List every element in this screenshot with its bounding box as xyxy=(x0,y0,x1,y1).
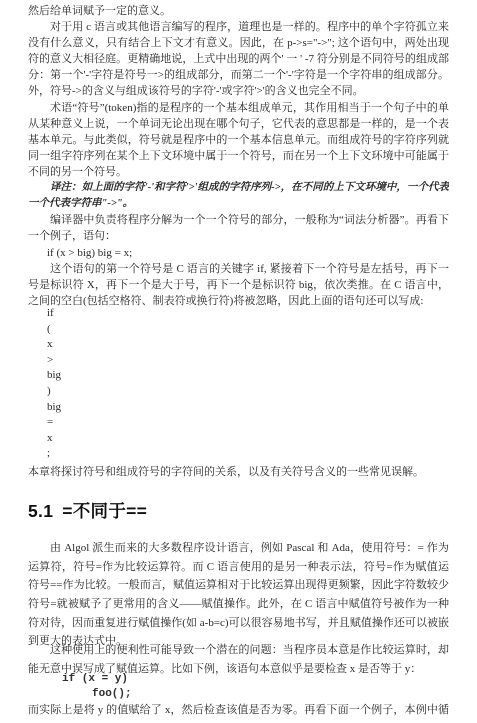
token-line: x xyxy=(28,337,449,353)
paragraph-block-tokens-explained: 这个语句的第一个符号是 C 语言的关键字 if, 紧接着下一个符号是左括号，再下… xyxy=(28,261,449,309)
code-line: foo(); xyxy=(28,687,449,702)
token-line: if xyxy=(28,306,449,322)
text-line: 分：第一个'-'字符是符号一>的组成部分，而第二一个'-'字符是一个字符串的组成… xyxy=(28,67,449,83)
section-number: 5.1 xyxy=(28,501,53,521)
section-title: =不同于== xyxy=(62,501,147,521)
text-line: 符的意义大相径庭。更精确地说，上式中出现的两个' 一 ' -7 符分别是不同符号… xyxy=(28,51,449,67)
paragraph-chapter-summary: 本章将探讨符号和组成符号的字符间的关系，以及有关符号含义的一些常见误解。 xyxy=(28,464,449,480)
document-page: 然后给单词赋予一定的意义。 对于用 c 语言或其他语言编写的程序，道理也是一样的… xyxy=(0,0,477,723)
paragraph-closing: 而实际上是将 y 的值赋给了 x，然后检查该值是否为零。再看下面一个例子，本例中… xyxy=(28,702,449,718)
translator-note-line: 译注：如上面的字符'-'和字符'>'组成的字符序列->，在不同的上下文环境中，一… xyxy=(28,180,449,196)
token-line: ) xyxy=(28,384,449,400)
code-line: if (x > big) big = x; xyxy=(28,245,449,261)
text-line: 一个例子，语句： xyxy=(28,228,449,244)
text-line: 运算符，符号=作为比较运算符。而 C 语言使用的是另一种表示法，符号=作为赋值运… xyxy=(28,558,449,577)
text-line: 这个语句的第一个符号是 C 语言的关键字 if, 紧接着下一个符号是左括号，再下… xyxy=(28,261,449,277)
text-line: 然后给单词赋予一定的意义。 xyxy=(28,3,449,19)
text-line: 这种使用上的便利性可能导致一个潜在的问题：当程序员本意是作比较运算时，却可 xyxy=(28,641,449,660)
code-example-if-assignment: if (x = y) foo(); xyxy=(28,672,449,701)
token-line: ; xyxy=(28,446,449,462)
text-line: 而实际上是将 y 的值赋给了 x，然后检查该值是否为零。再看下面一个例子，本例中… xyxy=(28,702,449,718)
token-line: ( xyxy=(28,322,449,338)
token-line: > xyxy=(28,353,449,369)
text-line: 由 Algol 派生而来的大多数程序设计语言，例如 Pascal 和 Ada，使… xyxy=(28,539,449,558)
text-line: 本章将探讨符号和组成符号的字符间的关系，以及有关符号含义的一些常见误解。 xyxy=(28,464,449,480)
text-line: 同一组字符序列在某个上下文环境中属于一个符号，而在另一个上下文环境中可能属于完全 xyxy=(28,148,449,164)
text-line: 对于用 c 语言或其他语言编写的程序，道理也是一样的。程序中的单个字符孤立来看并 xyxy=(28,19,449,35)
code-line: if (x = y) xyxy=(28,672,449,687)
token-line: big xyxy=(28,368,449,384)
text-line: 符对待，因而重复进行赋值操作(如 a-b=c)可以很容易地书写，并且赋值操作还可… xyxy=(28,614,449,633)
text-line: 不同的另一个符号。 xyxy=(28,164,449,180)
paragraph-block-intro: 然后给单词赋予一定的意义。 对于用 c 语言或其他语言编写的程序，道理也是一样的… xyxy=(28,3,449,244)
text-line: 术语“符号”(token)指的是程序的一个基本组成单元，其作用相当于一个句子中的… xyxy=(28,100,449,116)
text-line: 符号==作为比较。一般而言，赋值运算相对于比较运算出现得更频繁，因此字符数较少的 xyxy=(28,576,449,595)
token-list: if ( x > big ) big = x ; xyxy=(28,306,449,462)
paragraph-assignment-operator: 由 Algol 派生而来的大多数程序设计语言，例如 Pascal 和 Ada，使… xyxy=(28,539,449,651)
text-line: 符号=就被赋予了更常用的含义——赋值操作。此外，在 C 语言中赋值符号被作为一种… xyxy=(28,595,449,614)
token-line: x xyxy=(28,431,449,447)
section-heading: 5.1=不同于== xyxy=(28,498,147,523)
text-line: 基本单元。与此类似，符号就是程序中的一个基本信息单元。而组成符号的字符序列就不同… xyxy=(28,132,449,148)
text-line: 编译器中负责将程序分解为一个一个符号的部分，一般称为“词法分析器”。再看下面 xyxy=(28,212,449,228)
text-line: 没有什么意义，只有结合上下文才有意义。因此，在 p->s="->"; 这个语句中… xyxy=(28,35,449,51)
text-line: 从某种意义上说，一个单词无论出现在哪个句子，它代表的意思都是一样的，是一个表义的 xyxy=(28,116,449,132)
token-line: = xyxy=(28,415,449,431)
translator-note-line: 一个代表字符串"->"。 xyxy=(28,196,449,212)
text-line: 号是标识符 X，再下一个是大于号，再下一个是标识符 big，依次类推。在 C 语… xyxy=(28,277,449,293)
text-line: 外，符号->的含义与组成该符号的字符'-'或字符'>'的含义也完全不同。 xyxy=(28,83,449,99)
code-statement: if (x > big) big = x; xyxy=(28,245,449,261)
token-line: big xyxy=(28,400,449,416)
